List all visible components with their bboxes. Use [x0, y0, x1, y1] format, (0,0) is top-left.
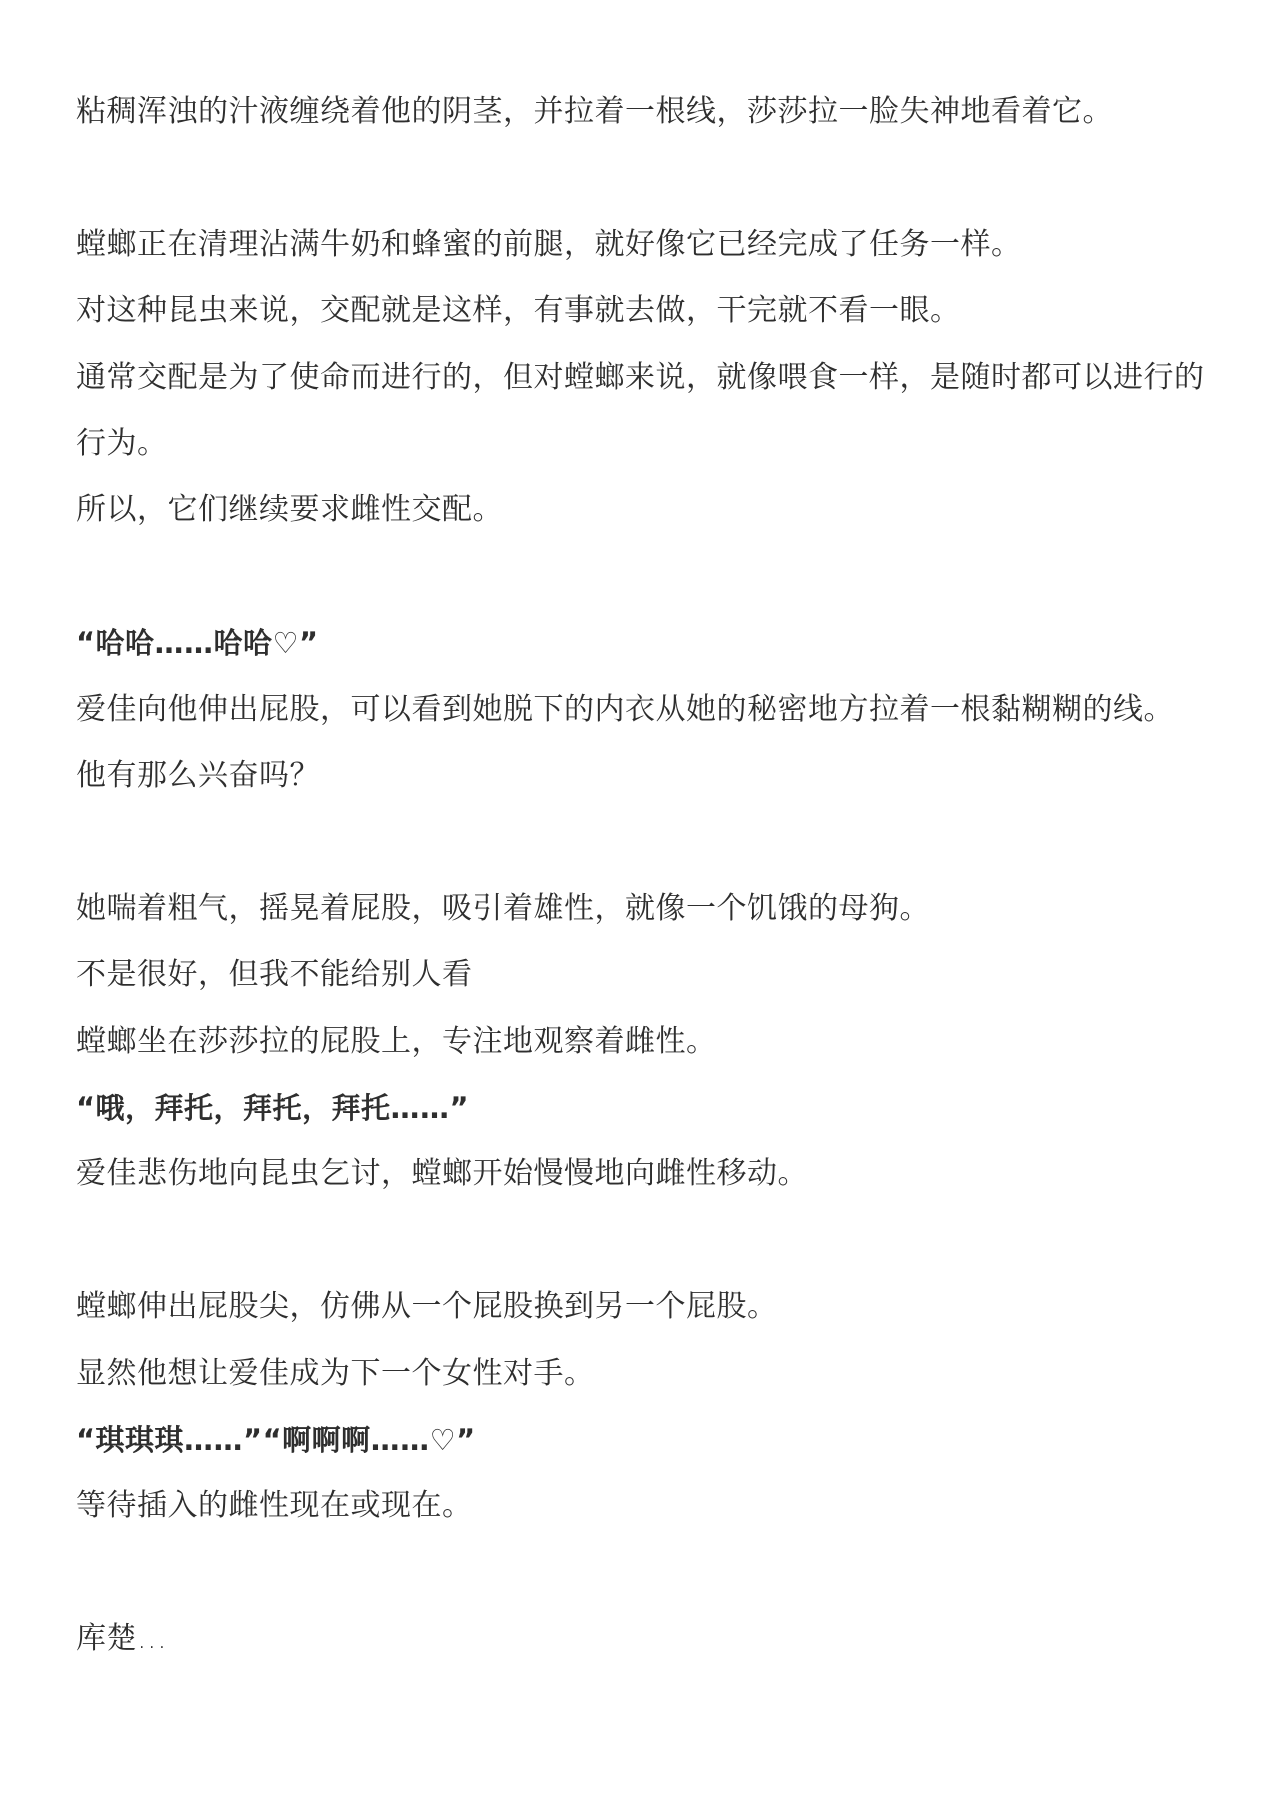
- text-line: 他有那么兴奋吗？: [76, 743, 1222, 809]
- text-line: 库楚...: [76, 1606, 1222, 1672]
- text-line: 螳螂伸出屁股尖，仿佛从一个屁股换到另一个屁股。: [76, 1274, 1222, 1340]
- quote-line: “琪琪琪……”“啊啊啊……♡”: [76, 1407, 1222, 1473]
- paragraph: 她喘着粗气，摇晃着屁股，吸引着雄性，就像一个饥饿的母狗。 不是很好，但我不能给别…: [76, 876, 1222, 1208]
- paragraph: “哈哈……哈哈♡” 爱佳向他伸出屁股，可以看到她脱下的内衣从她的秘密地方拉着一根…: [76, 610, 1222, 809]
- text-line: 不是很好，但我不能给别人看: [76, 942, 1222, 1008]
- text-line: 爱佳悲伤地向昆虫乞讨，螳螂开始慢慢地向雌性移动。: [76, 1141, 1222, 1207]
- quote-line: “哈哈……哈哈♡”: [76, 610, 1222, 676]
- paragraph: 螳螂正在清理沾满牛奶和蜂蜜的前腿，就好像它已经完成了任务一样。 对这种昆虫来说，…: [76, 212, 1222, 544]
- text-line: 对这种昆虫来说，交配就是这样，有事就去做，干完就不看一眼。: [76, 278, 1222, 344]
- text-line: 所以，它们继续要求雌性交配。: [76, 477, 1222, 543]
- quote-line: “哦，拜托，拜托，拜托……”: [76, 1075, 1222, 1141]
- paragraph: 螳螂伸出屁股尖，仿佛从一个屁股换到另一个屁股。 显然他想让爱佳成为下一个女性对手…: [76, 1274, 1222, 1540]
- text-line: 爱佳向他伸出屁股，可以看到她脱下的内衣从她的秘密地方拉着一根黏糊糊的线。: [76, 677, 1222, 743]
- text-line: 螳螂坐在莎莎拉的屁股上，专注地观察着雌性。: [76, 1009, 1222, 1075]
- paragraph: 粘稠浑浊的汁液缠绕着他的阴茎，并拉着一根线，莎莎拉一脸失神地看着它。: [76, 79, 1222, 145]
- text-line: 通常交配是为了使命而进行的，但对螳螂来说，就像喂食一样，是随时都可以进行的: [76, 345, 1222, 411]
- text-line: 粘稠浑浊的汁液缠绕着他的阴茎，并拉着一根线，莎莎拉一脸失神地看着它。: [76, 79, 1222, 145]
- text-line: 她喘着粗气，摇晃着屁股，吸引着雄性，就像一个饥饿的母狗。: [76, 876, 1222, 942]
- paragraph: 库楚...: [76, 1606, 1222, 1672]
- text-line: 螳螂正在清理沾满牛奶和蜂蜜的前腿，就好像它已经完成了任务一样。: [76, 212, 1222, 278]
- text-line: 行为。: [76, 411, 1222, 477]
- text-line: 显然他想让爱佳成为下一个女性对手。: [76, 1341, 1222, 1407]
- text-line: 等待插入的雌性现在或现在。: [76, 1473, 1222, 1539]
- document-page: 粘稠浑浊的汁液缠绕着他的阴茎，并拉着一根线，莎莎拉一脸失神地看着它。 螳螂正在清…: [0, 0, 1280, 1811]
